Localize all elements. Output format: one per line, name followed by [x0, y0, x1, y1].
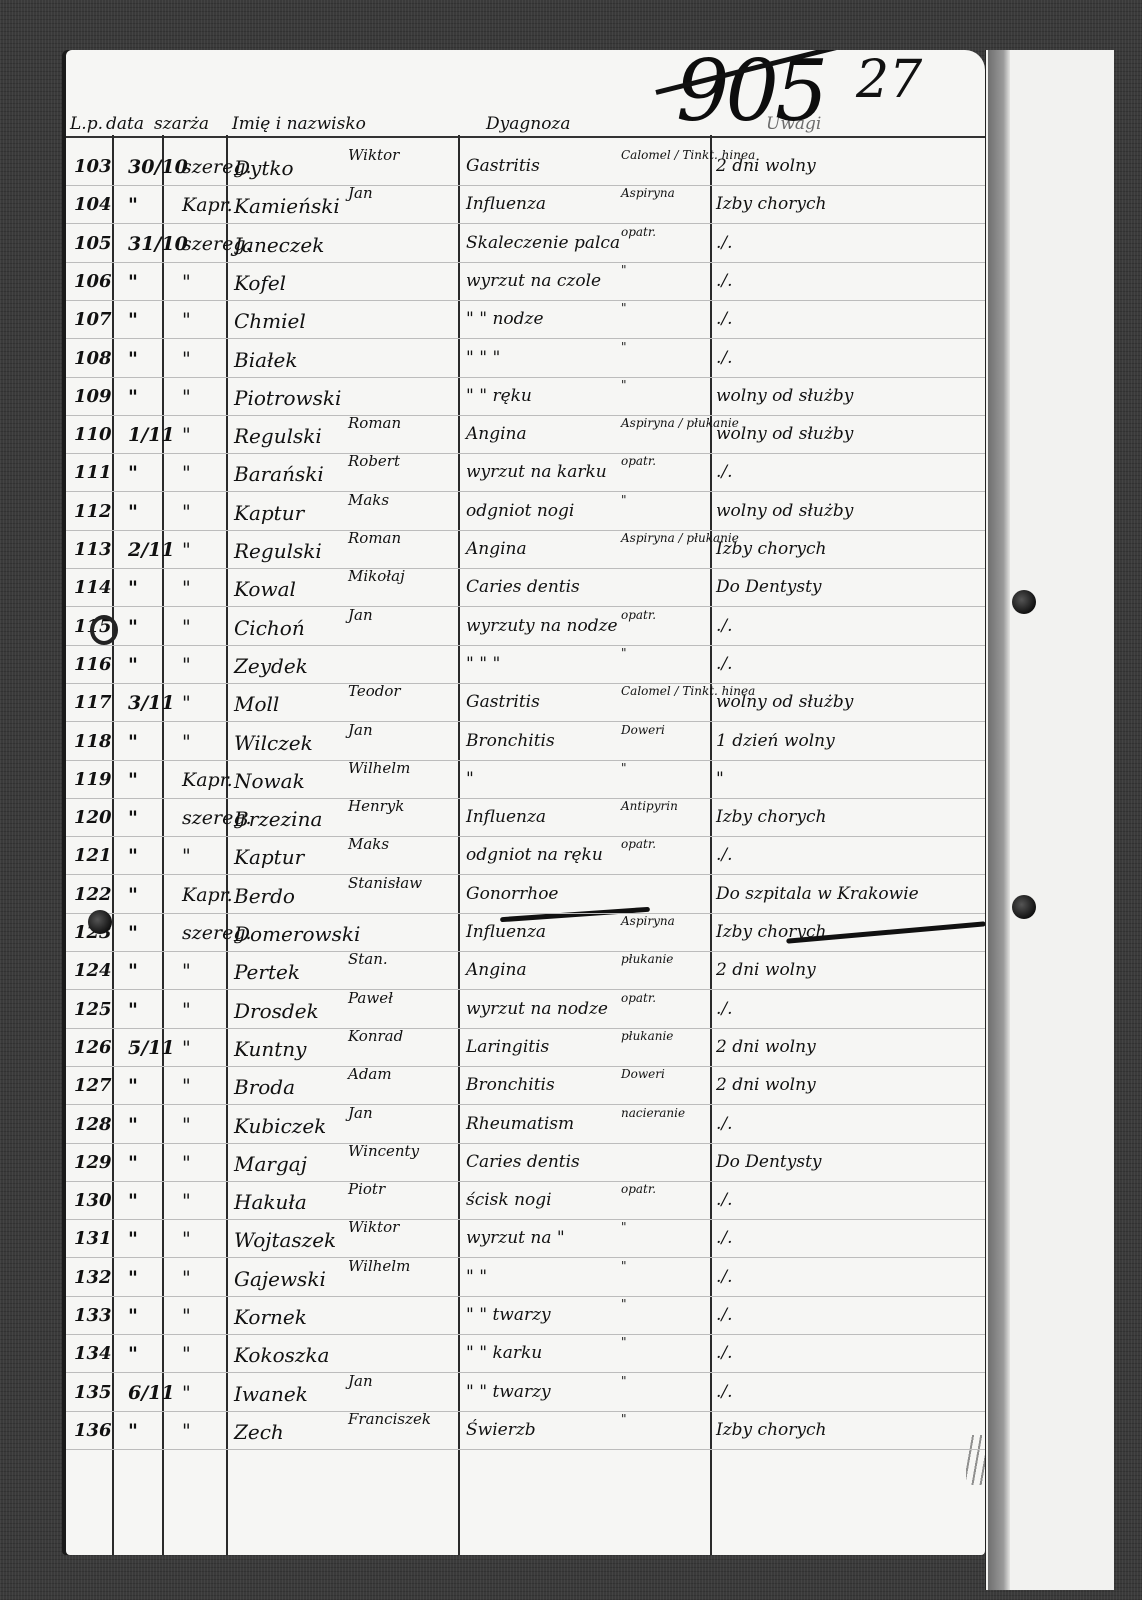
header-rank: szarża: [154, 114, 209, 134]
page-number: 27: [856, 50, 922, 110]
entry-date: ": [128, 807, 138, 829]
table-row: 121""KapturMaksodgniot na rękuopatr../.: [66, 841, 985, 875]
entry-disposition: Do Dentysty: [716, 577, 822, 597]
entry-rank: Kapr.: [182, 884, 233, 906]
entry-rank: ": [182, 731, 191, 753]
entry-disposition: Izby chorych: [716, 194, 826, 214]
header-date: data: [106, 114, 144, 134]
entry-diagnosis: wyrzut na ": [466, 1228, 565, 1248]
entry-diagnosis: Rheumatism: [466, 1114, 574, 1134]
entry-surname: Regulski: [234, 539, 322, 563]
entry-given-name: Wiktor: [348, 146, 399, 164]
entry-disposition: ./.: [716, 1382, 733, 1402]
entry-diagnosis: Świerzb: [466, 1420, 536, 1440]
entry-rank: ": [182, 577, 191, 599]
entry-number: 135: [74, 1382, 112, 1403]
entry-rank: ": [182, 1267, 191, 1289]
entry-disposition: wolny od służby: [716, 501, 853, 521]
row-rule: [66, 683, 985, 684]
entry-number: 125: [74, 999, 112, 1020]
entry-date: ": [128, 1075, 138, 1097]
entry-treatment: opatr.: [621, 225, 656, 239]
entry-number: 128: [74, 1114, 112, 1135]
entry-treatment: nacieranie: [621, 1106, 685, 1120]
entry-given-name: Franciszek: [348, 1410, 431, 1428]
entry-rank: ": [182, 1382, 191, 1404]
entry-disposition: Do szpitala w Krakowie: [716, 884, 919, 904]
entry-number: 111: [74, 462, 112, 483]
entry-rank: ": [182, 539, 191, 561]
entry-date: ": [128, 999, 138, 1021]
entry-number: 110: [74, 424, 112, 445]
entry-surname: Broda: [234, 1075, 295, 1099]
entry-disposition: Izby chorych: [716, 1420, 826, 1440]
entry-number: 132: [74, 1267, 112, 1288]
entry-date: ": [128, 769, 138, 791]
entry-disposition: 1 dzień wolny: [716, 731, 835, 751]
table-row: 115""CichońJanwyrzuty na nodzeopatr../.: [66, 612, 985, 646]
table-row: 114""KowalMikołajCaries dentisDo Dentyst…: [66, 573, 985, 607]
entry-treatment: płukanie: [621, 952, 673, 966]
entry-diagnosis: " " twarzy: [466, 1305, 551, 1325]
entry-given-name: Konrad: [348, 1027, 403, 1045]
entry-diagnosis: wyrzut na czole: [466, 271, 601, 291]
entry-diagnosis: " " twarzy: [466, 1382, 551, 1402]
entry-number: 107: [74, 309, 112, 330]
entry-rank: ": [182, 309, 191, 331]
entry-disposition: ./.: [716, 1114, 733, 1134]
row-rule: [66, 1411, 985, 1412]
entry-disposition: wolny od służby: [716, 692, 853, 712]
entry-number: 112: [74, 501, 112, 522]
entry-date: 1/11: [128, 424, 175, 446]
entry-surname: Iwanek: [234, 1382, 308, 1406]
entry-rank: ": [182, 501, 191, 523]
entry-number: 106: [74, 271, 112, 292]
row-rule: [66, 989, 985, 990]
table-row: 129""MargajWincentyCaries dentisDo Denty…: [66, 1148, 985, 1182]
entry-rank: ": [182, 692, 191, 714]
entry-diagnosis: odgniot nogi: [466, 501, 574, 521]
row-rule: [66, 262, 985, 263]
entry-disposition: ./.: [716, 1228, 733, 1248]
entry-surname: Kuntny: [234, 1037, 306, 1061]
entry-given-name: Stanisław: [348, 874, 422, 892]
table-row: 120"szereg.BrzezinaHenrykInfluenzaAntipy…: [66, 803, 985, 837]
entry-date: ": [128, 1420, 138, 1442]
entry-treatment: ": [621, 761, 627, 775]
entry-rank: ": [182, 616, 191, 638]
table-row: 1173/11"MollTeodorGastritisCalomel / Tin…: [66, 688, 985, 722]
entry-date: ": [128, 845, 138, 867]
entry-disposition: ./.: [716, 271, 733, 291]
entry-diagnosis: Laringitis: [466, 1037, 549, 1057]
entry-number: 116: [74, 654, 112, 675]
entry-number: 127: [74, 1075, 112, 1096]
entry-rank: ": [182, 845, 191, 867]
entry-number: 119: [74, 769, 112, 790]
entry-surname: Zeydek: [234, 654, 308, 678]
entry-rank: ": [182, 999, 191, 1021]
row-rule: [66, 491, 985, 492]
entry-number: 121: [74, 845, 112, 866]
table-row: 116""Zeydek" " ""./.: [66, 650, 985, 684]
entry-date: 30/10: [128, 156, 188, 178]
entry-given-name: Jan: [348, 721, 373, 739]
entry-disposition: ./.: [716, 1190, 733, 1210]
table-row: 109""Piotrowski" " ręku"wolny od służby: [66, 382, 985, 416]
entry-number: 130: [74, 1190, 112, 1211]
entry-given-name: Jan: [348, 606, 373, 624]
entry-rank: ": [182, 1037, 191, 1059]
entry-diagnosis: Angina: [466, 539, 527, 559]
entry-date: ": [128, 616, 138, 638]
entry-given-name: Maks: [348, 835, 389, 853]
entry-rank: ": [182, 654, 191, 676]
entry-diagnosis: Skaleczenie palca: [466, 233, 620, 253]
entry-date: ": [128, 386, 138, 408]
entry-number: 120: [74, 807, 112, 828]
entry-disposition: Izby chorych: [716, 807, 826, 827]
entry-disposition: ./.: [716, 1343, 733, 1363]
entry-date: ": [128, 884, 138, 906]
table-row: 127""BrodaAdamBronchitisDoweri2 dni woln…: [66, 1071, 985, 1105]
entry-number: 129: [74, 1152, 112, 1173]
entry-treatment: Antipyrin: [621, 799, 678, 813]
entry-diagnosis: ścisk nogi: [466, 1190, 552, 1210]
entry-given-name: Adam: [348, 1065, 392, 1083]
entry-rank: ": [182, 1114, 191, 1136]
entry-rank: Kapr.: [182, 194, 233, 216]
row-rule: [66, 1257, 985, 1258]
entry-diagnosis: " " ręku: [466, 386, 532, 406]
header-disposition: Uwagi: [766, 114, 821, 134]
entry-disposition: ./.: [716, 1305, 733, 1325]
entry-disposition: 2 dni wolny: [716, 1075, 816, 1095]
entry-disposition: ./.: [716, 309, 733, 329]
entry-treatment: ": [621, 1374, 627, 1388]
entry-diagnosis: ": [466, 769, 474, 789]
entry-disposition: wolny od służby: [716, 424, 853, 444]
entry-date: ": [128, 1152, 138, 1174]
entry-number: 118: [74, 731, 112, 752]
entry-surname: Barański: [234, 462, 324, 486]
entry-number: 103: [74, 156, 112, 177]
entry-rank: ": [182, 960, 191, 982]
row-rule: [66, 377, 985, 378]
entry-surname: Kaptur: [234, 845, 304, 869]
entry-date: ": [128, 1343, 138, 1365]
entry-surname: Kokoszka: [234, 1343, 329, 1367]
entry-rank: ": [182, 424, 191, 446]
row-rule: [66, 1066, 985, 1067]
entry-date: 3/11: [128, 692, 175, 714]
entry-diagnosis: wyrzut na nodze: [466, 999, 608, 1019]
entry-given-name: Wiktor: [348, 1218, 399, 1236]
entry-date: ": [128, 309, 138, 331]
row-rule: [66, 530, 985, 531]
entry-surname: Moll: [234, 692, 279, 716]
row-rule: [66, 1143, 985, 1144]
table-row: 108""Białek" " ""./.: [66, 344, 985, 378]
header-name: Imię i nazwisko: [232, 114, 366, 134]
entry-treatment: ": [621, 493, 627, 507]
entry-treatment: ": [621, 301, 627, 315]
entry-rank: Kapr.: [182, 769, 233, 791]
entry-treatment: Aspiryna: [621, 186, 675, 200]
entry-surname: Kofel: [234, 271, 286, 295]
entry-date: 31/10: [128, 233, 188, 255]
entry-date: ": [128, 1228, 138, 1250]
table-row: 1265/11"KuntnyKonradLaringitispłukanie2 …: [66, 1033, 985, 1067]
table-row: 1101/11"RegulskiRomanAnginaAspiryna / pł…: [66, 420, 985, 454]
entry-disposition: ./.: [716, 845, 733, 865]
row-rule: [66, 1372, 985, 1373]
entry-given-name: Mikołaj: [348, 567, 405, 585]
row-rule: [66, 721, 985, 722]
entry-number: 113: [74, 539, 112, 560]
entry-number: 126: [74, 1037, 112, 1058]
entry-rank: ": [182, 1075, 191, 1097]
entry-date: 6/11: [128, 1382, 175, 1404]
entry-given-name: Maks: [348, 491, 389, 509]
entry-treatment: opatr.: [621, 1182, 656, 1196]
header-rule: [66, 136, 985, 138]
table-row: 128""KubiczekJanRheumatismnacieranie./.: [66, 1110, 985, 1144]
entry-surname: Piotrowski: [234, 386, 341, 410]
row-rule: [66, 1219, 985, 1220]
entry-surname: Janeczek: [234, 233, 324, 257]
entry-given-name: Jan: [348, 1372, 373, 1390]
page-shadow: [988, 50, 1010, 1590]
entry-number: 117: [74, 692, 112, 713]
entry-treatment: płukanie: [621, 1029, 673, 1043]
entry-diagnosis: wyrzut na karku: [466, 462, 607, 482]
row-rule: [66, 645, 985, 646]
entry-given-name: Robert: [348, 452, 400, 470]
entry-number: 114: [74, 577, 112, 598]
entry-disposition: Do Dentysty: [716, 1152, 822, 1172]
table-row: 131""WojtaszekWiktorwyrzut na ""./.: [66, 1224, 985, 1258]
row-rule: [66, 415, 985, 416]
table-row: 122"Kapr.BerdoStanisławGonorrhoeDo szpit…: [66, 880, 985, 914]
entry-given-name: Stan.: [348, 950, 388, 968]
entry-treatment: Doweri: [621, 1067, 665, 1081]
table-row: 132""GajewskiWilhelm" ""./.: [66, 1263, 985, 1297]
entry-surname: Kornek: [234, 1305, 307, 1329]
entry-disposition: ./.: [716, 462, 733, 482]
entry-treatment: ": [621, 1335, 627, 1349]
header-diagnosis: Dyagnoza: [486, 114, 571, 134]
table-row: 1132/11"RegulskiRomanAnginaAspiryna / pł…: [66, 535, 985, 569]
entry-number: 109: [74, 386, 112, 407]
entry-date: ": [128, 731, 138, 753]
entry-date: ": [128, 1267, 138, 1289]
table-row: 111""BarańskiRobertwyrzut na karkuopatr.…: [66, 458, 985, 492]
row-rule: [66, 836, 985, 837]
table-row: 106""Kofelwyrzut na czole"./.: [66, 267, 985, 301]
entry-diagnosis: Influenza: [466, 922, 546, 942]
row-rule: [66, 1104, 985, 1105]
entry-treatment: opatr.: [621, 608, 656, 622]
entry-surname: Dytko: [234, 156, 294, 180]
entry-rank: ": [182, 1190, 191, 1212]
entry-date: 2/11: [128, 539, 175, 561]
entry-number: 131: [74, 1228, 112, 1249]
entry-surname: Pertek: [234, 960, 300, 984]
entry-diagnosis: wyrzuty na nodze: [466, 616, 618, 636]
table-row: 1356/11"IwanekJan" " twarzy"./.: [66, 1378, 985, 1412]
entry-treatment: opatr.: [621, 837, 656, 851]
entry-surname: Białek: [234, 348, 297, 372]
entry-diagnosis: Caries dentis: [466, 1152, 580, 1172]
entry-rank: ": [182, 386, 191, 408]
entry-treatment: opatr.: [621, 454, 656, 468]
entry-diagnosis: Angina: [466, 424, 527, 444]
entry-surname: Chmiel: [234, 309, 306, 333]
entry-diagnosis: Bronchitis: [466, 1075, 555, 1095]
entry-surname: Kaptur: [234, 501, 304, 525]
entry-number: 133: [74, 1305, 112, 1326]
entry-surname: Zech: [234, 1420, 284, 1444]
entry-diagnosis: " " ": [466, 348, 500, 368]
back-sheet: [985, 50, 1114, 1590]
row-rule: [66, 185, 985, 186]
entry-date: ": [128, 1190, 138, 1212]
entry-surname: Kubiczek: [234, 1114, 326, 1138]
entry-treatment: opatr.: [621, 991, 656, 1005]
entry-number: 134: [74, 1343, 112, 1364]
entry-number: 122: [74, 884, 112, 905]
table-row: 125""DrosdekPawełwyrzut na nodzeopatr../…: [66, 995, 985, 1029]
entry-date: ": [128, 654, 138, 676]
row-rule: [66, 1296, 985, 1297]
table-row: 124""PertekStan.Anginapłukanie2 dni woln…: [66, 956, 985, 990]
entry-disposition: ./.: [716, 999, 733, 1019]
row-rule: [66, 338, 985, 339]
row-rule: [66, 453, 985, 454]
row-rule: [66, 568, 985, 569]
row-rule: [66, 1449, 985, 1450]
entry-disposition: ./.: [716, 1267, 733, 1287]
table-row: 119"Kapr.NowakWilhelm""": [66, 765, 985, 799]
entry-surname: Drosdek: [234, 999, 319, 1023]
entry-diagnosis: Influenza: [466, 194, 546, 214]
entry-disposition: wolny od służby: [716, 386, 853, 406]
entry-treatment: ": [621, 1412, 627, 1426]
entry-diagnosis: " " karku: [466, 1343, 542, 1363]
row-rule: [66, 760, 985, 761]
entry-surname: Wilczek: [234, 731, 313, 755]
header-lp: L.p.: [70, 114, 103, 134]
entry-given-name: Teodor: [348, 682, 401, 700]
entry-date: ": [128, 462, 138, 484]
entry-diagnosis: " ": [466, 1267, 487, 1287]
entry-diagnosis: " " nodze: [466, 309, 544, 329]
entry-disposition: 2 dni wolny: [716, 960, 816, 980]
entry-given-name: Paweł: [348, 989, 393, 1007]
entry-rank: ": [182, 1152, 191, 1174]
entry-rank: ": [182, 1343, 191, 1365]
entry-rank: ": [182, 462, 191, 484]
entry-date: ": [128, 501, 138, 523]
entry-rank: ": [182, 271, 191, 293]
entry-disposition: Izby chorych: [716, 539, 826, 559]
table-row: 134""Kokoszka" " karku"./.: [66, 1339, 985, 1373]
punch-hole: [1012, 590, 1036, 614]
entry-surname: Gajewski: [234, 1267, 326, 1291]
entry-given-name: Wilhelm: [348, 1257, 410, 1275]
entry-surname: Brzezina: [234, 807, 322, 831]
entry-disposition: ./.: [716, 233, 733, 253]
row-rule: [66, 606, 985, 607]
table-row: 104"Kapr.KamieńskiJanInfluenzaAspirynaIz…: [66, 190, 985, 224]
row-rule: [66, 1334, 985, 1335]
entry-diagnosis: Bronchitis: [466, 731, 555, 751]
entry-date: ": [128, 348, 138, 370]
entry-given-name: Henryk: [348, 797, 404, 815]
entry-rank: ": [182, 1305, 191, 1327]
table-row: 118""WilczekJanBronchitisDoweri1 dzień w…: [66, 727, 985, 761]
entry-disposition: ./.: [716, 616, 733, 636]
entry-number: 104: [74, 194, 112, 215]
entry-treatment: Doweri: [621, 723, 665, 737]
entry-date: ": [128, 194, 138, 216]
table-row: 133""Kornek" " twarzy"./.: [66, 1301, 985, 1335]
pencil-scribble: [966, 1435, 985, 1485]
row-rule: [66, 951, 985, 952]
row-rule: [66, 798, 985, 799]
entry-given-name: Roman: [348, 414, 401, 432]
entry-diagnosis: Influenza: [466, 807, 546, 827]
entry-treatment: ": [621, 646, 627, 660]
table-row: 130""HakułaPiotrścisk nogiopatr../.: [66, 1186, 985, 1220]
row-rule: [66, 913, 985, 914]
entry-treatment: ": [621, 378, 627, 392]
entry-given-name: Jan: [348, 184, 373, 202]
entry-diagnosis: Caries dentis: [466, 577, 580, 597]
entry-given-name: Wilhelm: [348, 759, 410, 777]
entry-surname: Domerowski: [234, 922, 360, 946]
entry-diagnosis: Angina: [466, 960, 527, 980]
entry-given-name: Roman: [348, 529, 401, 547]
row-rule: [66, 300, 985, 301]
table-row: 10531/10szereg.JaneczekSkaleczenie palca…: [66, 229, 985, 263]
entry-surname: Regulski: [234, 424, 322, 448]
entry-date: ": [128, 577, 138, 599]
entry-treatment: Aspiryna: [621, 914, 675, 928]
entry-diagnosis: Gonorrhoe: [466, 884, 559, 904]
punch-hole: [88, 910, 112, 934]
row-rule: [66, 1028, 985, 1029]
entry-diagnosis: odgniot na ręku: [466, 845, 603, 865]
entry-date: ": [128, 1114, 138, 1136]
entry-disposition: ./.: [716, 654, 733, 674]
entry-number: 108: [74, 348, 112, 369]
table-row: 112""KapturMaksodgniot nogi"wolny od słu…: [66, 497, 985, 531]
entry-number: 136: [74, 1420, 112, 1441]
entry-treatment: ": [621, 1297, 627, 1311]
entry-treatment: ": [621, 263, 627, 277]
table-row: 10330/10szereg.DytkoWiktorGastritisCalom…: [66, 152, 985, 186]
entry-number: 105: [74, 233, 112, 254]
entry-disposition: 2 dni wolny: [716, 156, 816, 176]
entry-rank: ": [182, 1228, 191, 1250]
entry-date: ": [128, 960, 138, 982]
entry-treatment: ": [621, 340, 627, 354]
entry-surname: Kamieński: [234, 194, 340, 218]
entry-given-name: Piotr: [348, 1180, 385, 1198]
